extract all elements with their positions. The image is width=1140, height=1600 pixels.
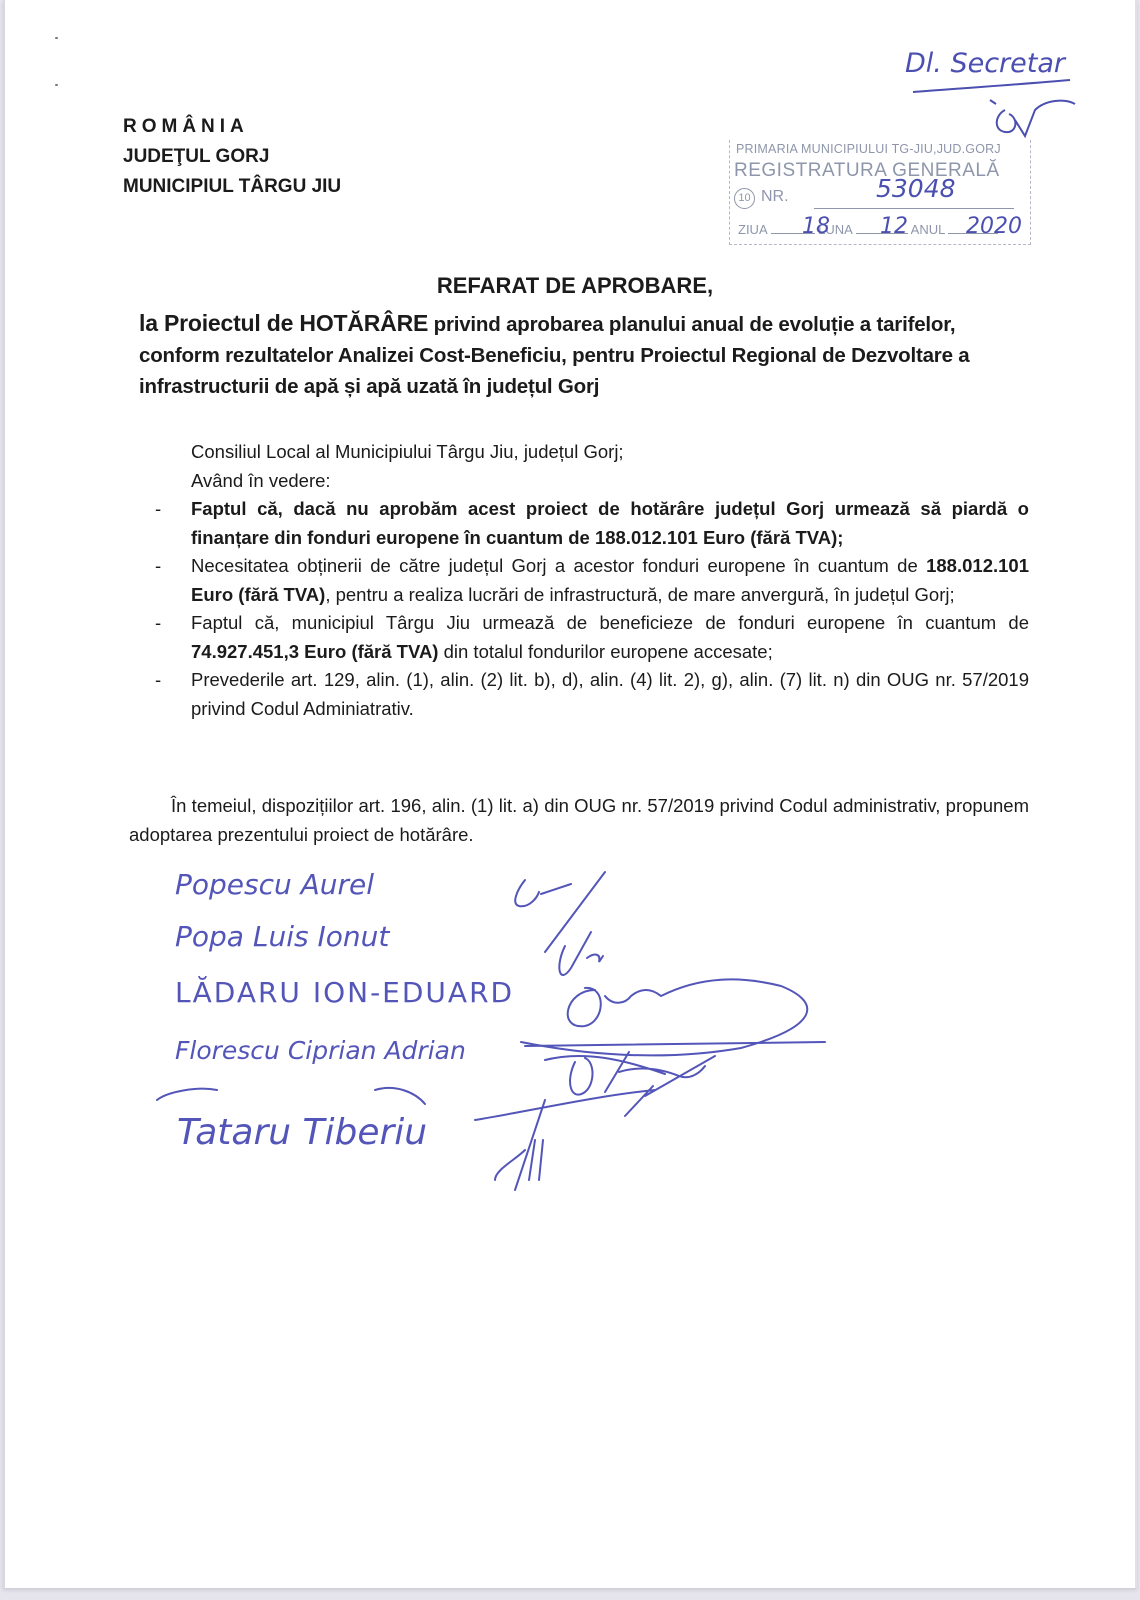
document-page: ROMÂNIA JUDEŢUL GORJ MUNICIPIUL TÂRGU JI… bbox=[3, 0, 1137, 1588]
signatures-scribbles bbox=[5, 0, 1140, 1600]
